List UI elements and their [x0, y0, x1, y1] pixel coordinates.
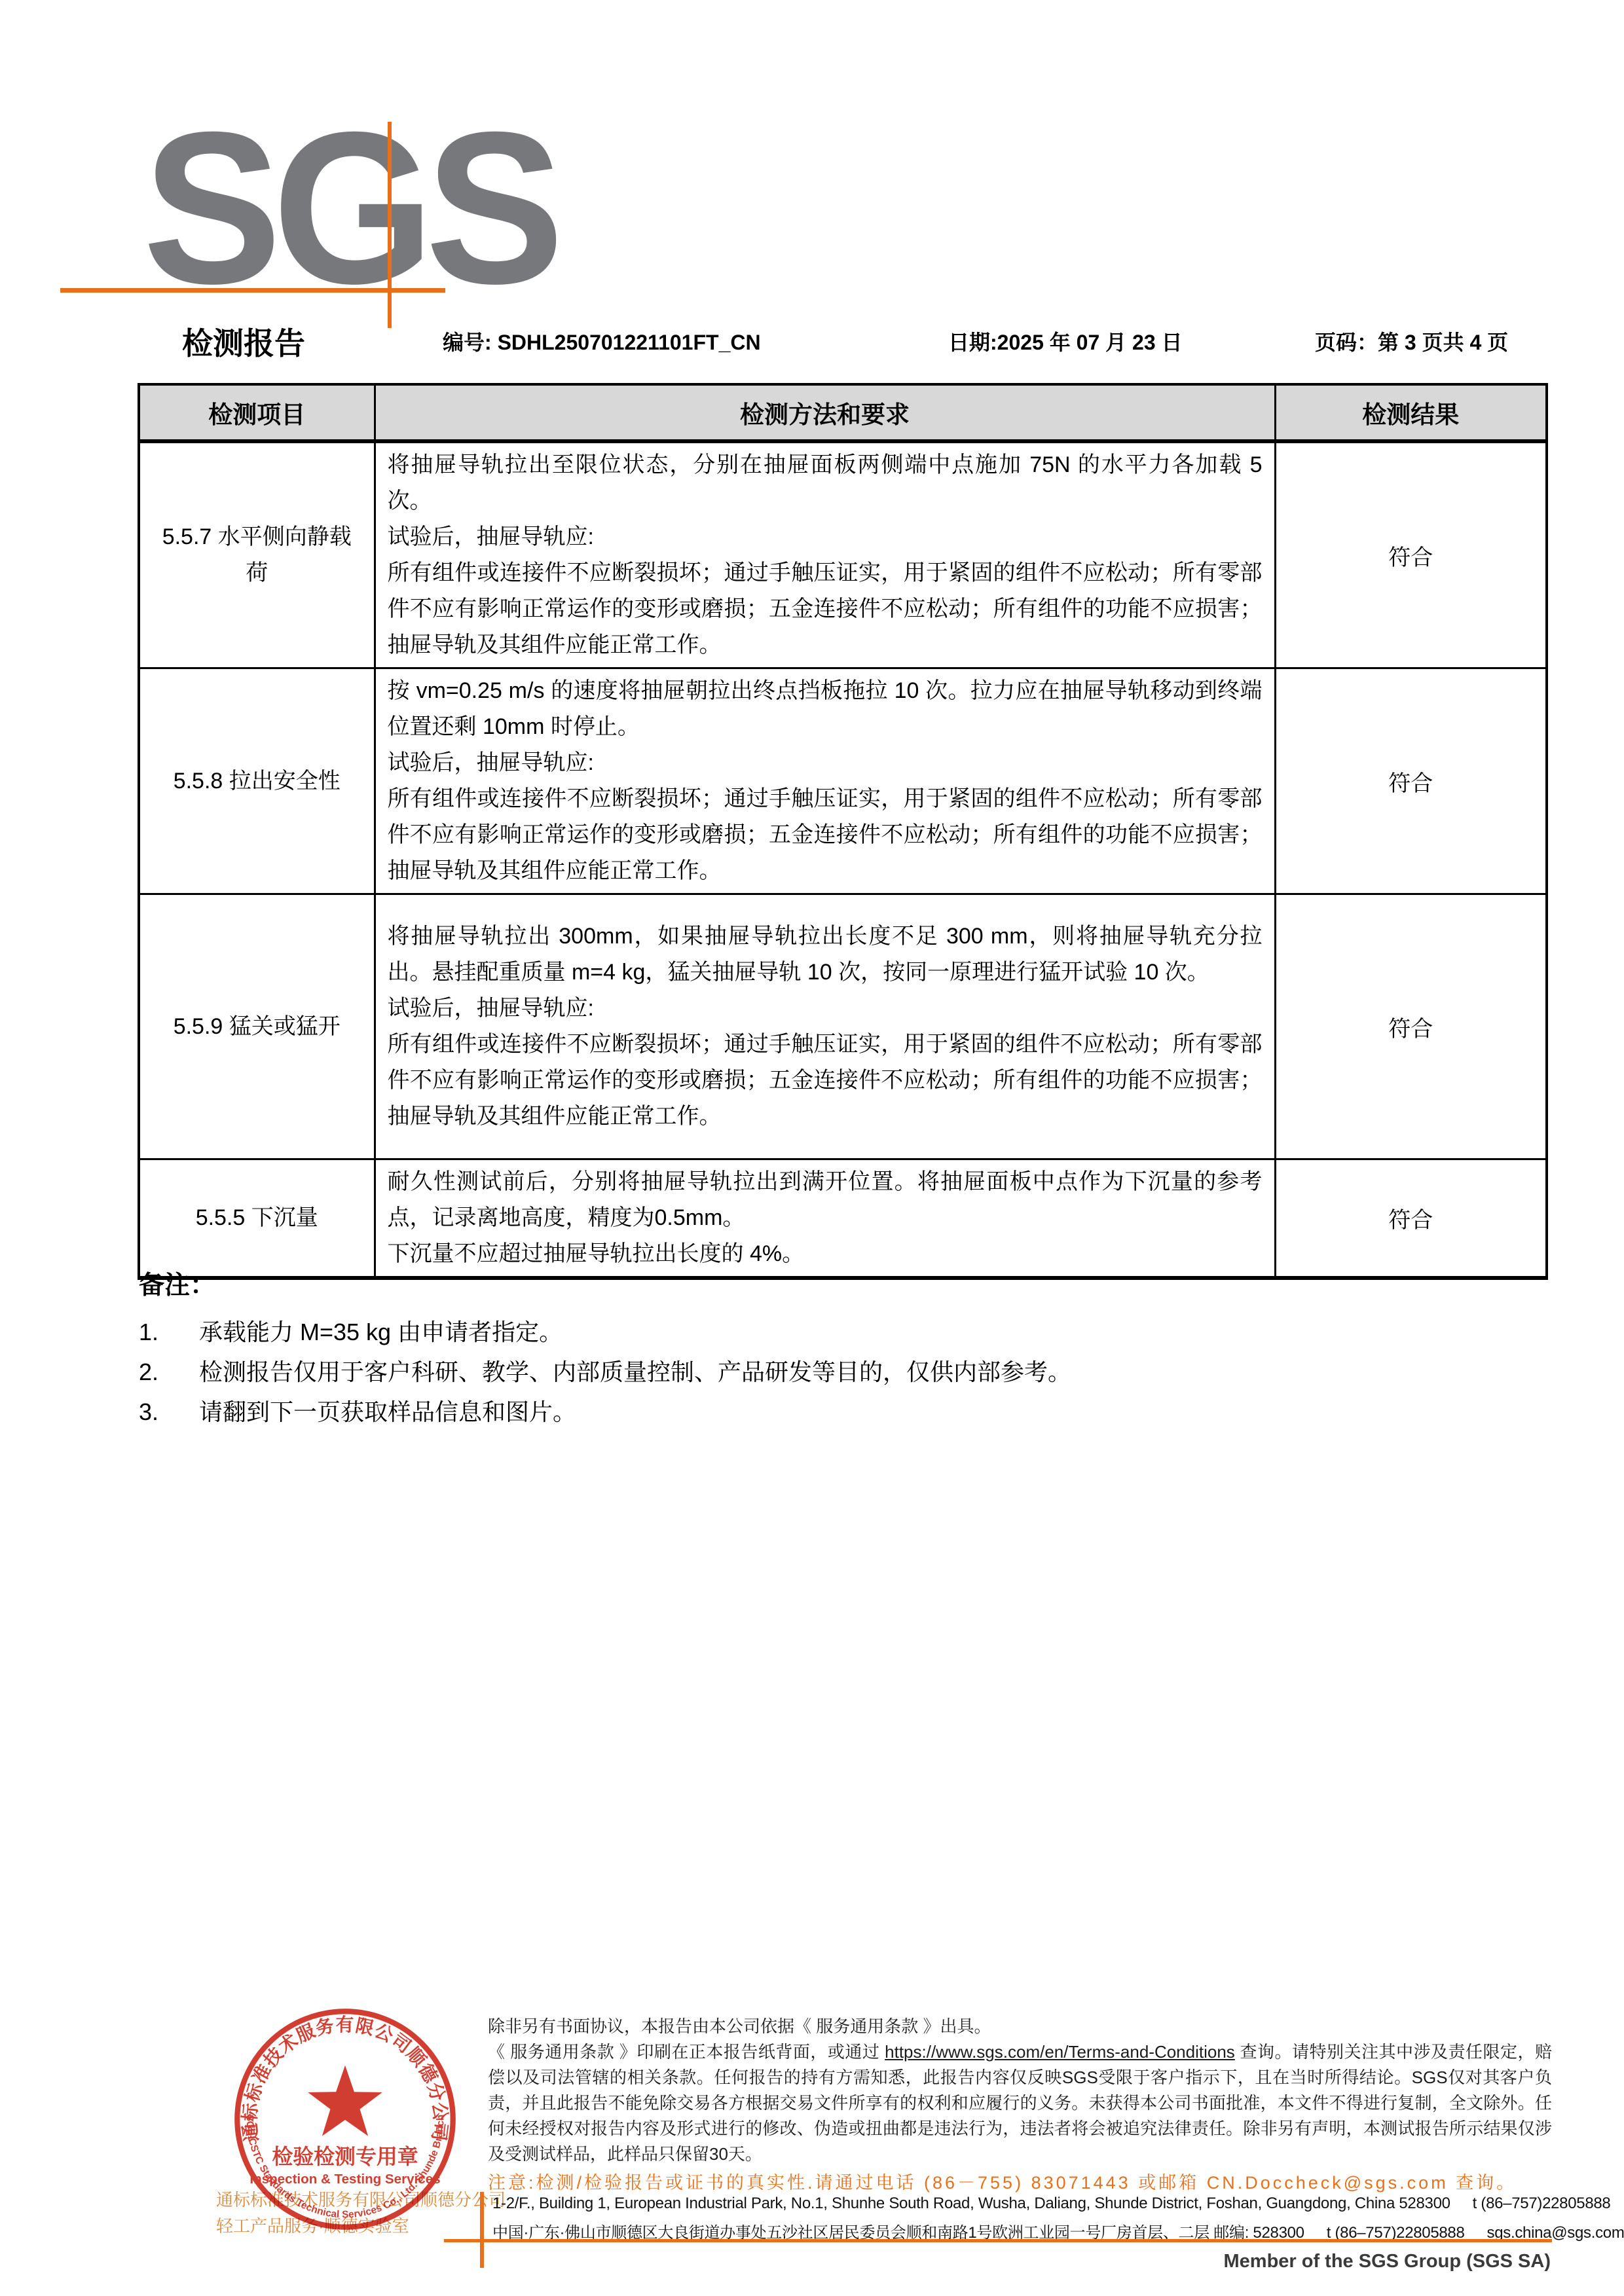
note-number: 1. — [139, 1312, 199, 1352]
page-number: 页码：第 3 页共 4 页 — [1315, 326, 1508, 356]
report-number-value: SDHL250701221101FT_CN — [498, 331, 761, 354]
table-row: 5.5.5 下沉量 耐久性测试前后，分别将抽屉导轨拉出到满开位置。将抽屉面板中点… — [139, 1159, 1547, 1279]
notes-section: 备注： 1. 承载能力 M=35 kg 由申请者指定。 2. 检测报告仅用于客户… — [139, 1265, 1494, 1432]
test-result: 符合 — [1275, 668, 1547, 894]
stamp-star-icon — [308, 2066, 382, 2136]
note-number: 3. — [139, 1392, 199, 1432]
test-result: 符合 — [1275, 441, 1547, 668]
report-date: 日期:2025 年 07 月 23 日 — [948, 326, 1183, 356]
test-result: 符合 — [1275, 894, 1547, 1159]
terms-and-conditions-link[interactable]: https://www.sgs.com/en/Terms-and-Conditi… — [885, 2042, 1235, 2062]
footer-horizontal-rule — [444, 2239, 1552, 2242]
report-date-label: 日期: — [948, 331, 997, 354]
table-row: 5.5.9 猛关或猛开 将抽屉导轨拉出 300mm，如果抽屉导轨拉出长度不足 3… — [139, 894, 1547, 1159]
address-en-tel: t (86–757)22805888 — [1473, 2195, 1611, 2213]
test-item: 5.5.7 水平侧向静载荷 — [139, 441, 375, 668]
report-number: 编号: SDHL250701221101FT_CN — [443, 326, 761, 356]
disclaimer-text: 除非另有书面协议，本报告由本公司依据《 服务通用条款 》出具。 《 服务通用条款… — [488, 2014, 1552, 2167]
report-number-label: 编号: — [443, 331, 492, 354]
disclaimer-line1: 除非另有书面协议，本报告由本公司依据《 服务通用条款 》出具。 — [488, 2014, 1552, 2039]
inspection-seal-stamp: 通标标准技术服务有限公司顺德分公司 检验检测专用章 Inspection & T… — [231, 2005, 460, 2234]
note-number: 2. — [139, 1352, 199, 1392]
note-text: 承载能力 M=35 kg 由申请者指定。 — [199, 1312, 563, 1352]
col-header-result: 检测结果 — [1275, 384, 1547, 441]
test-item: 5.5.9 猛关或猛开 — [139, 894, 375, 1159]
address-divider-bar — [480, 2192, 484, 2268]
table-header-row: 检测项目 检测方法和要求 检测结果 — [139, 384, 1547, 441]
disclaimer-body: 《 服务通用条款 》印刷在正本报告纸背面，或通过 https://www.sgs… — [488, 2039, 1552, 2167]
col-header-method: 检测方法和要求 — [375, 384, 1275, 441]
stamp-center-cn: 检验检测专用章 — [272, 2145, 418, 2168]
sgs-group-membership: Member of the SGS Group (SGS SA) — [1224, 2251, 1551, 2272]
test-item: 5.5.8 拉出安全性 — [139, 668, 375, 894]
report-page: SGS 检测报告 编号: SDHL250701221101FT_CN 日期:20… — [0, 0, 1624, 2296]
note-text: 请翻到下一页获取样品信息和图片。 — [199, 1392, 576, 1432]
logo-vertical-rule — [388, 122, 392, 328]
table-row: 5.5.8 拉出安全性 按 vm=0.25 m/s 的速度将抽屉朝拉出终点挡板拖… — [139, 668, 1547, 894]
note-text: 检测报告仅用于客户科研、教学、内部质量控制、产品研发等目的，仅供内部参考。 — [199, 1352, 1071, 1392]
test-results-table: 检测项目 检测方法和要求 检测结果 5.5.7 水平侧向静载荷 将抽屉导轨拉出至… — [138, 383, 1548, 1280]
address-en-text: 1-2/F., Building 1, European Industrial … — [492, 2195, 1450, 2213]
list-item: 3. 请翻到下一页获取样品信息和图片。 — [139, 1392, 1494, 1432]
sgs-logo: SGS — [143, 84, 555, 333]
address-en: 1-2/F., Building 1, European Industrial … — [492, 2195, 1553, 2213]
test-item: 5.5.5 下沉量 — [139, 1159, 375, 1279]
col-header-item: 检测项目 — [139, 384, 375, 441]
test-result: 符合 — [1275, 1159, 1547, 1279]
table-row: 5.5.7 水平侧向静载荷 将抽屉导轨拉出至限位状态，分别在抽屉面板两侧端中点施… — [139, 441, 1547, 668]
logo-horizontal-rule — [60, 288, 445, 293]
page-number-label: 页码： — [1315, 331, 1378, 354]
page-title: 检测报告 — [182, 319, 305, 363]
test-method: 将抽屉导轨拉出 300mm，如果抽屉导轨拉出长度不足 300 mm，则将抽屉导轨… — [375, 894, 1275, 1159]
test-method: 耐久性测试前后，分别将抽屉导轨拉出到满开位置。将抽屉面板中点作为下沉量的参考点，… — [375, 1159, 1275, 1279]
test-method: 将抽屉导轨拉出至限位状态，分别在抽屉面板两侧端中点施加 75N 的水平力各加载 … — [375, 441, 1275, 668]
report-date-value: 2025 年 07 月 23 日 — [997, 331, 1183, 354]
page-number-value: 第 3 页共 4 页 — [1378, 331, 1508, 354]
authenticity-notice: 注意:检测/检验报告或证书的真实性.请通过电话 (86－755) 8307144… — [488, 2168, 1575, 2194]
list-item: 1. 承载能力 M=35 kg 由申请者指定。 — [139, 1312, 1494, 1352]
notes-title: 备注： — [139, 1265, 1494, 1302]
list-item: 2. 检测报告仅用于客户科研、教学、内部质量控制、产品研发等目的，仅供内部参考。 — [139, 1352, 1494, 1392]
disclaimer-line2-pre: 《 服务通用条款 》印刷在正本报告纸背面，或通过 — [488, 2042, 885, 2062]
test-method: 按 vm=0.25 m/s 的速度将抽屉朝拉出终点挡板拖拉 10 次。拉力应在抽… — [375, 668, 1275, 894]
